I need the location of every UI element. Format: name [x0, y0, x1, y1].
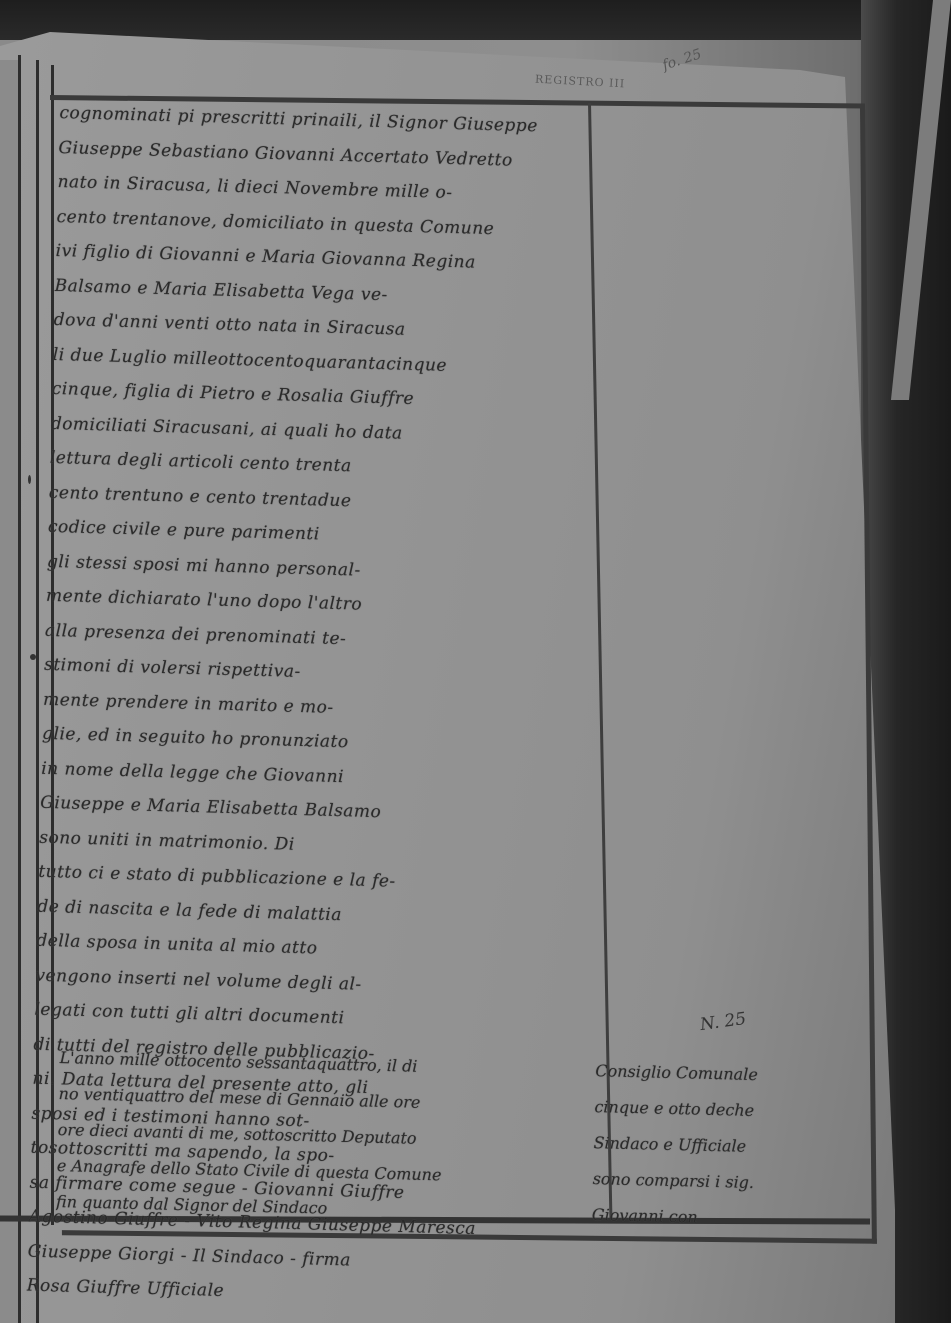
- ink-blot: [30, 654, 36, 660]
- dark-background-top: [0, 0, 951, 40]
- handwritten-line-right: sono comparsi i sig.: [584, 1161, 837, 1203]
- next-act-text: L'anno mille ottocento sessantaquattro, …: [56, 1040, 840, 1239]
- handwritten-line-right: Giovanni con: [583, 1197, 836, 1239]
- handwritten-line-right: cinque e otto deche: [586, 1089, 839, 1131]
- binding-rule-1: [18, 55, 21, 1323]
- facing-page-edge: [0, 60, 20, 1323]
- ink-mark: [28, 475, 31, 484]
- handwritten-line-right: Consiglio Comunale: [587, 1053, 840, 1095]
- handwritten-line-right: Sindaco e Ufficiale: [585, 1125, 838, 1167]
